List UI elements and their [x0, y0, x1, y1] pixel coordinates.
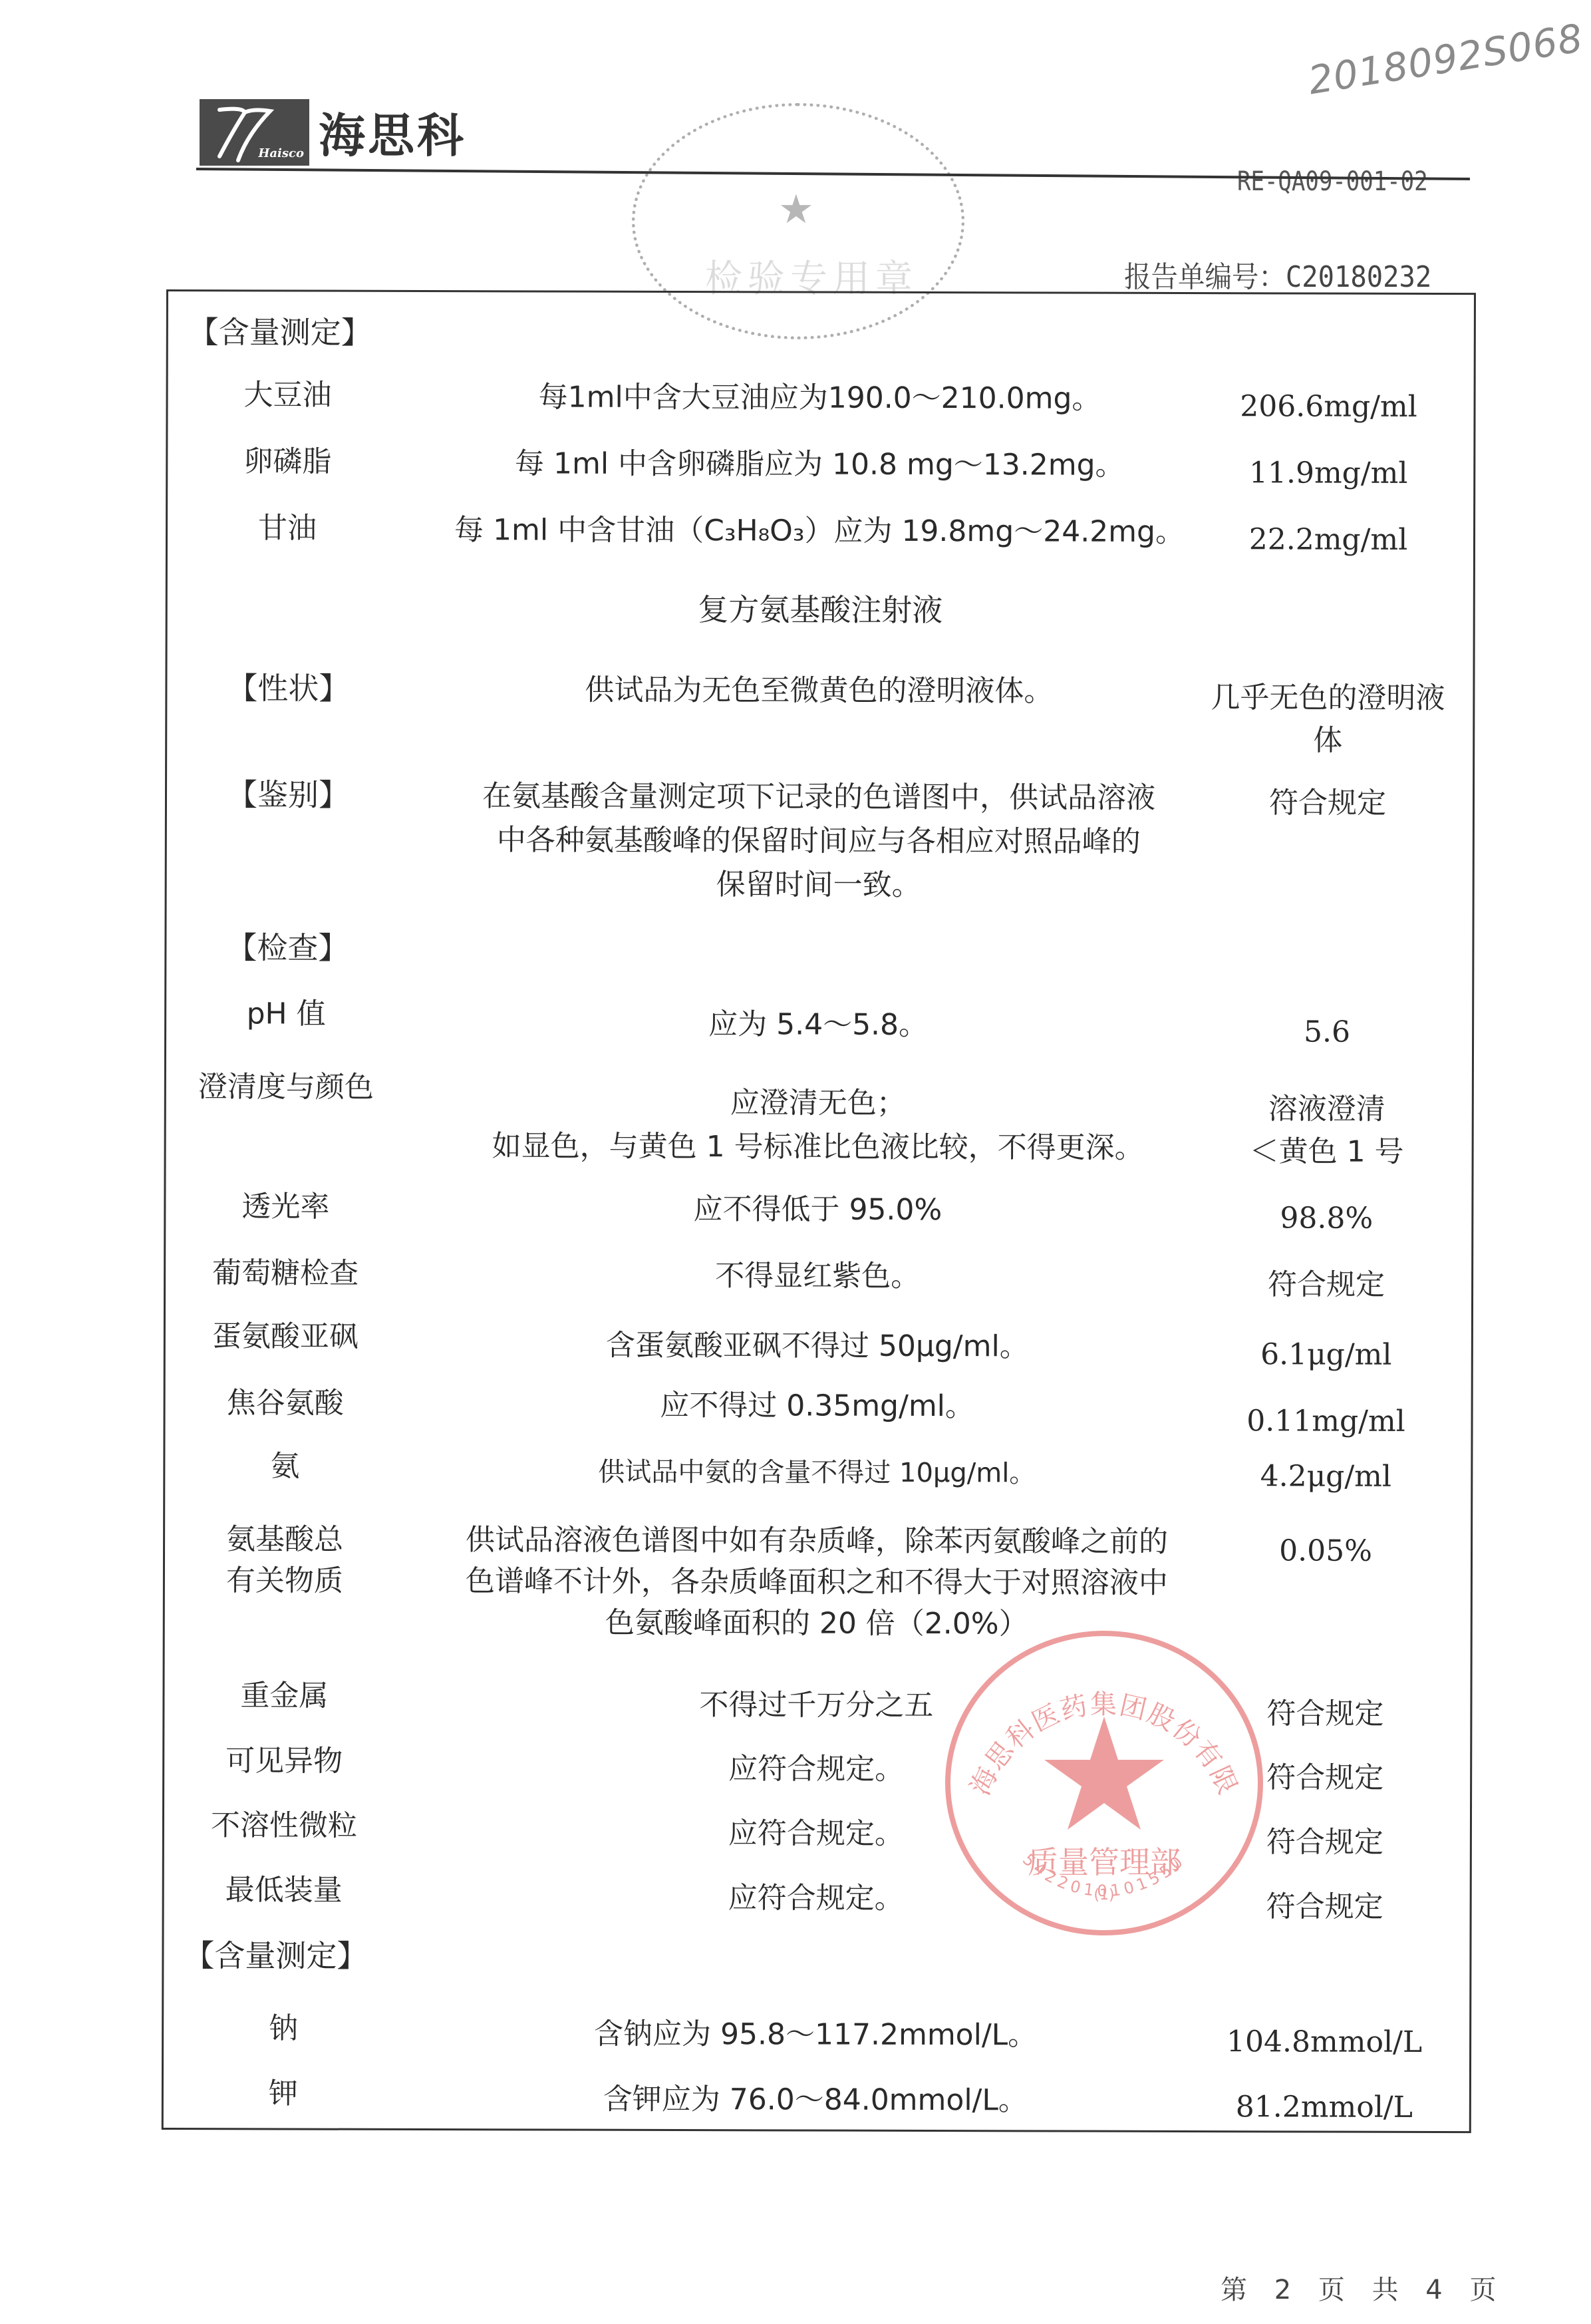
item-name-line: 有关物质: [165, 1560, 404, 1602]
page-indicator: 第 2 页 共 4 页: [1221, 2269, 1505, 2307]
report-number: 报告单编号：C20180232: [1124, 253, 1431, 295]
table-row: 焦谷氨酸 应不得过 0.35mg/ml。 0.11mg/ml: [166, 1383, 1471, 1386]
item-name: 重金属: [164, 1675, 404, 1717]
spec-line: 供试品溶液色谱图中如有杂质峰，除苯丙氨酸峰之前的: [404, 1520, 1229, 1563]
item-spec: 含蛋氨酸亚砜不得过 50μg/ml。: [405, 1323, 1230, 1369]
table-row: 卵磷脂 每 1ml 中含卵磷脂应为 10.8 mg～13.2mg。 11.9mg…: [168, 441, 1473, 444]
product-title: 复方氨基酸注射液: [168, 584, 1473, 631]
section-heading: 【含量测定】: [184, 1935, 367, 1977]
item-name: 钾: [164, 2073, 403, 2115]
section-heading: 【性状】: [227, 667, 349, 709]
item-result: 5.6: [1184, 1011, 1470, 1054]
item-name: 甘油: [168, 508, 407, 550]
section-heading: 【鉴别】: [227, 774, 349, 815]
item-result: 104.8mmol/L: [1181, 2021, 1467, 2064]
item-spec: 不得显红紫色。: [405, 1253, 1230, 1299]
item-name: 葡萄糖检查: [166, 1253, 405, 1295]
item-spec: 供试品为无色至微黄色的澄明液体。: [406, 668, 1231, 714]
stamp-star-icon: ★: [778, 186, 814, 233]
spec-line: 色谱峰不计外，各杂质峰面积之和不得大于对照溶液中: [404, 1561, 1229, 1604]
item-name: 钠: [164, 2008, 403, 2050]
table-row: 氨 供试品中氨的含量不得过 10μg/ml。 4.2μg/ml: [165, 1446, 1471, 1449]
item-result: 206.6mg/ml: [1185, 385, 1471, 428]
spec-line: 应澄清无色；: [406, 1080, 1230, 1126]
table-row: 钾 含钾应为 76.0～84.0mmol/L。 81.2mmol/L: [164, 2073, 1469, 2076]
item-spec: 含钠应为 95.8～117.2mmol/L。: [403, 2012, 1228, 2058]
table-row: 大豆油 每1ml中含大豆油应为190.0～210.0mg。 206.6mg/ml: [168, 375, 1474, 378]
item-result: 0.11mg/ml: [1183, 1400, 1469, 1443]
table-row: 葡萄糖检查 不得显红紫色。 符合规定: [166, 1253, 1471, 1256]
item-result: 22.2mg/ml: [1185, 518, 1471, 562]
item-result: 11.9mg/ml: [1185, 452, 1471, 495]
item-spec: 应为 5.4～5.8。: [406, 1002, 1230, 1048]
document-code: RE-QA09-001-02: [1237, 166, 1428, 197]
table-row: 钠 含钠应为 95.8～117.2mmol/L。 104.8mmol/L: [164, 2008, 1469, 2011]
section-heading: 【检查】: [226, 927, 349, 968]
results-table: 【含量测定】 大豆油 每1ml中含大豆油应为190.0～210.0mg。 206…: [162, 289, 1476, 2133]
spec-line: 保留时间一致。: [406, 862, 1231, 908]
item-spec: 应不得低于 95.0%: [405, 1187, 1230, 1233]
item-name: 可见异物: [164, 1741, 404, 1782]
item-spec: 应澄清无色； 如显色，与黄色 1 号标准比色液比较，不得更深。: [406, 1080, 1230, 1170]
item-spec: 在氨基酸含量测定项下记录的色谱图中，供试品溶液 中各种氨基酸峰的保留时间应与各相…: [406, 774, 1232, 908]
item-result: 符合规定: [1183, 1263, 1469, 1307]
company-logo: Haisco 海思科: [200, 98, 466, 166]
item-result: 4.2μg/ml: [1183, 1455, 1469, 1498]
item-spec: 每 1ml 中含甘油（C₃H₈O₃）应为 19.8mg～24.2mg。: [407, 508, 1232, 554]
section-heading-row: 【检查】: [166, 927, 1472, 930]
item-result: 81.2mmol/L: [1181, 2086, 1467, 2129]
item-name-line: 氨基酸总: [165, 1519, 404, 1561]
item-name: 焦谷氨酸: [166, 1383, 405, 1424]
item-name: 最低装量: [164, 1870, 404, 1911]
logo-mark-icon: Haisco: [200, 99, 309, 166]
result-line: 几乎无色的澄明液: [1185, 677, 1471, 720]
section-heading: 【含量测定】: [188, 311, 372, 353]
item-name: 澄清度与颜色: [166, 1067, 406, 1108]
item-spec: 供试品中氨的含量不得过 10μg/ml。: [404, 1450, 1229, 1496]
item-spec: 每 1ml 中含卵磷脂应为 10.8 mg～13.2mg。: [407, 442, 1232, 488]
item-name: 卵磷脂: [168, 441, 407, 483]
spec-line: 在氨基酸含量测定项下记录的色谱图中，供试品溶液: [406, 774, 1231, 820]
item-name: 氨基酸总 有关物质: [165, 1519, 404, 1602]
item-name: 蛋氨酸亚砜: [166, 1316, 405, 1358]
table-row: 澄清度与颜色 应澄清无色； 如显色，与黄色 1 号标准比色液比较，不得更深。 溶…: [166, 1067, 1472, 1070]
report-number-value: C20180232: [1286, 260, 1431, 294]
table-row: 氨基酸总 有关物质 供试品溶液色谱图中如有杂质峰，除苯丙氨酸峰之前的 色谱峰不计…: [165, 1519, 1471, 1522]
item-result: 几乎无色的澄明液 体: [1185, 677, 1471, 762]
table-row: 蛋氨酸亚砜 含蛋氨酸亚砜不得过 50μg/ml。 6.1μg/ml: [166, 1316, 1471, 1319]
handwritten-annotation: 2018092S068: [1305, 15, 1586, 103]
logo-brand-cn: 海思科: [319, 98, 466, 166]
item-name: 不溶性微粒: [164, 1805, 404, 1847]
item-result: 溶液澄清 ＜黄色 1 号: [1184, 1088, 1470, 1174]
result-line: 体: [1185, 719, 1471, 762]
item-spec: 含钾应为 76.0～84.0mmol/L。: [403, 2077, 1228, 2123]
result-line: 溶液澄清: [1184, 1088, 1470, 1131]
result-line: ＜黄色 1 号: [1184, 1130, 1470, 1174]
item-result: 98.8%: [1183, 1197, 1469, 1240]
quality-dept-stamp: 西藏海思科医药集团股份有限公司 质量管理部 (1) 5422010101550: [931, 1617, 1277, 1949]
logo-brand-en: Haisco: [258, 146, 304, 160]
table-row: pH 值 应为 5.4～5.8。 5.6: [166, 993, 1472, 997]
spec-line: 如显色，与黄色 1 号标准比色液比较，不得更深。: [406, 1124, 1230, 1170]
item-result: 6.1μg/ml: [1183, 1333, 1469, 1377]
spec-line: 中各种氨基酸峰的保留时间应与各相应对照品峰的: [406, 818, 1231, 864]
table-row: 甘油 每 1ml 中含甘油（C₃H₈O₃）应为 19.8mg～24.2mg。 2…: [168, 508, 1473, 511]
item-result: 符合规定: [1185, 782, 1471, 825]
identification-row: 【鉴别】 在氨基酸含量测定项下记录的色谱图中，供试品溶液 中各种氨基酸峰的保留时…: [167, 774, 1473, 777]
character-row: 【性状】 供试品为无色至微黄色的澄明液体。 几乎无色的澄明液 体: [168, 667, 1473, 671]
item-name: 透光率: [166, 1186, 405, 1228]
report-number-label: 报告单编号：: [1124, 260, 1286, 294]
item-name: pH 值: [166, 993, 406, 1035]
item-name: 氨: [165, 1446, 404, 1488]
item-result: 0.05%: [1183, 1530, 1469, 1573]
item-spec: 每1ml中含大豆油应为190.0～210.0mg。: [407, 375, 1232, 421]
stamp-star-icon: [1044, 1717, 1164, 1830]
item-spec: 应不得过 0.35mg/ml。: [405, 1383, 1230, 1429]
table-row: 透光率 应不得低于 95.0% 98.8%: [166, 1186, 1471, 1190]
section-heading-row: 【含量测定】: [168, 311, 1474, 315]
item-name: 大豆油: [168, 375, 408, 416]
